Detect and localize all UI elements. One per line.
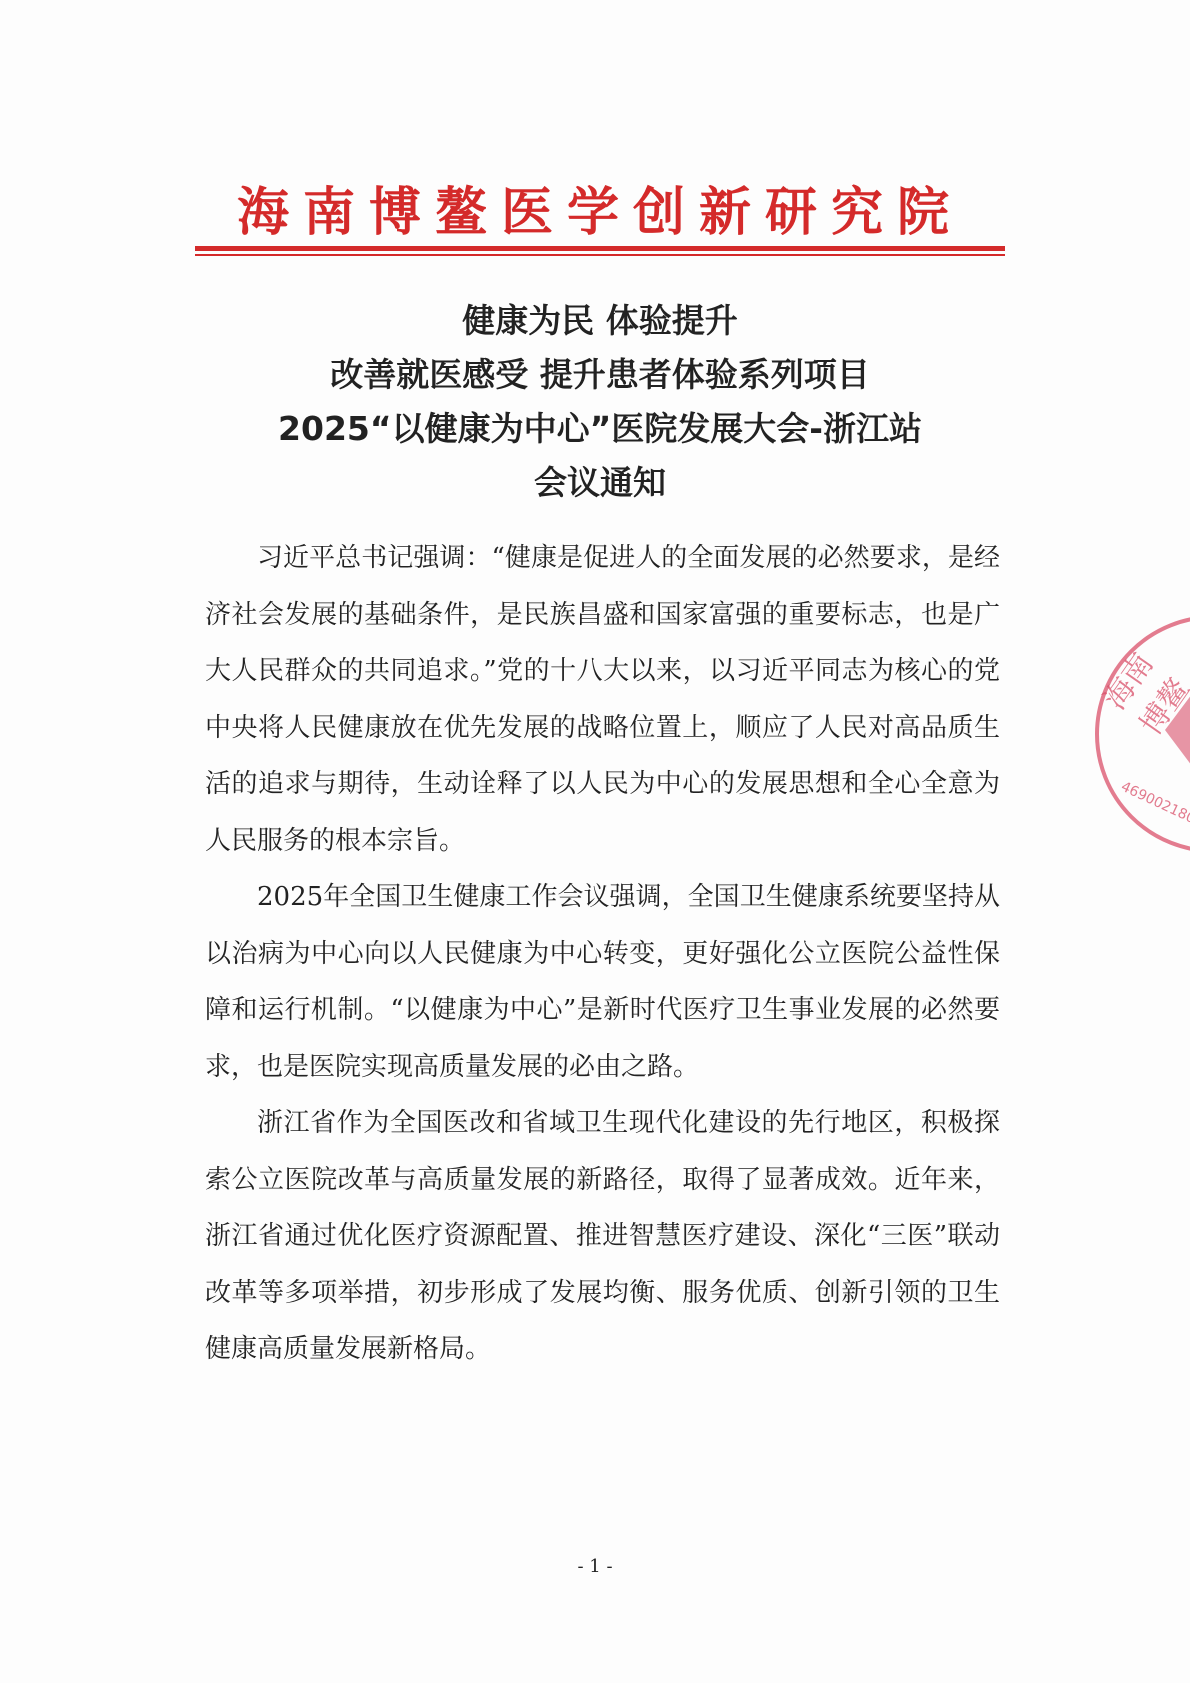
title-line-3: 2025“以健康为中心”医院发展大会-浙江站 bbox=[195, 402, 1005, 456]
body-paragraph: 浙江省作为全国医改和省域卫生现代化建设的先行地区，积极探索公立医院改革与高质量发… bbox=[205, 1095, 1000, 1378]
page-number: - 1 - bbox=[0, 1556, 1190, 1577]
title-line-4: 会议通知 bbox=[195, 456, 1005, 510]
title-line-2: 改善就医感受 提升患者体验系列项目 bbox=[195, 348, 1005, 402]
body-paragraph: 2025年全国卫生健康工作会议强调，全国卫生健康系统要坚持从以治病为中心向以人民… bbox=[205, 869, 1000, 1095]
org-header-title: 海南博鳌医学创新研究院 bbox=[195, 170, 1005, 245]
seal-star-icon bbox=[1165, 690, 1190, 770]
title-line-1: 健康为民 体验提升 bbox=[195, 294, 1005, 348]
header-rule-thin bbox=[195, 254, 1005, 256]
body-paragraph: 习近平总书记强调：“健康是促进人的全面发展的必然要求，是经济社会发展的基础条件，… bbox=[205, 530, 1000, 869]
document-body: 习近平总书记强调：“健康是促进人的全面发展的必然要求，是经济社会发展的基础条件，… bbox=[205, 530, 1000, 1378]
header-rule-thick bbox=[195, 246, 1005, 251]
document-title: 健康为民 体验提升 改善就医感受 提升患者体验系列项目 2025“以健康为中心”… bbox=[195, 294, 1005, 510]
